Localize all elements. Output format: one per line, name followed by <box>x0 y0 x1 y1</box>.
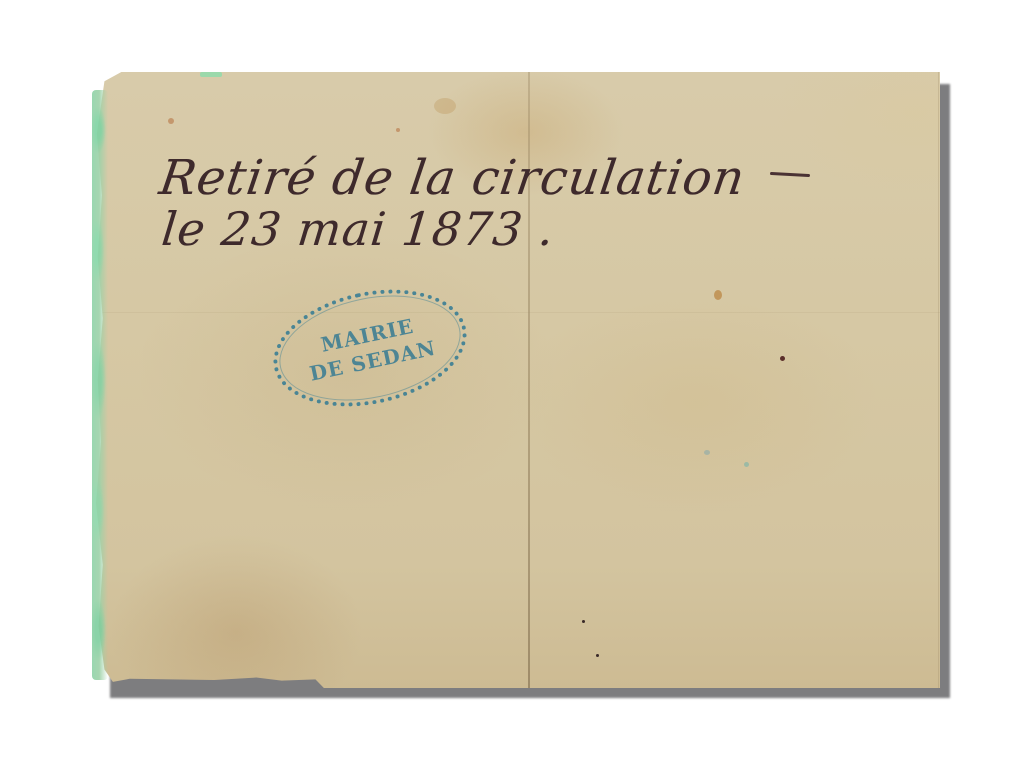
stamp-line-2: DE SEDAN <box>307 335 438 387</box>
torn-green-edge <box>92 90 108 680</box>
inscription-line-2: le 23 mai 1873 . <box>159 202 557 256</box>
stain-spot <box>596 654 599 657</box>
right-fold-line <box>938 72 939 688</box>
stain-spot <box>780 356 785 361</box>
image-canvas: Retiré de la circulation le 23 mai 1873 … <box>0 0 1024 768</box>
stain-spot <box>714 290 722 300</box>
stain-spot <box>582 620 585 623</box>
inscription-line-1: Retiré de la circulation <box>156 150 749 206</box>
stain-spot <box>744 462 749 467</box>
stain-spot <box>396 128 400 132</box>
horizontal-fold-line <box>96 312 940 313</box>
green-edge-fragment <box>200 72 222 77</box>
stain-spot <box>704 450 710 455</box>
stain-spot <box>434 98 456 114</box>
stamp-line-1: MAIRIE <box>318 313 416 358</box>
stain-spot <box>168 118 174 124</box>
